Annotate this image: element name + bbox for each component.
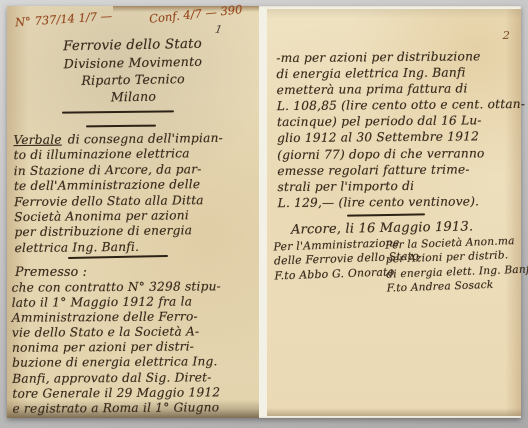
text-line: L. 129,— (lire cento ventinove). xyxy=(278,193,526,211)
text-line: nonima per azioni per distri- xyxy=(12,340,222,357)
premesso-heading: Premesso : xyxy=(15,264,87,279)
page-number: 2 xyxy=(503,28,510,42)
text-line: di consegna dell'impian- xyxy=(68,131,223,147)
text-line: te dell'Amministrazione delle xyxy=(14,177,224,195)
letterhead-line: Milano xyxy=(7,86,259,107)
premesso-paragraph: che con contratto N° 3298 stipu- lato il… xyxy=(12,279,222,416)
verbale-title-word: Verbale xyxy=(13,133,61,148)
left-page: N° 737/14 1/7 — Conf. 4/7 — 390 1 Ferrov… xyxy=(7,6,259,418)
verbale-paragraph: Verbaledi consegna dell'impian- to di il… xyxy=(13,131,224,256)
conf-annotation: Conf. 4/7 — 390 xyxy=(149,2,244,26)
header-rule-long xyxy=(62,110,174,113)
text-line: L. 108,85 (lire cento otto e cent. ottan… xyxy=(277,96,525,114)
closing-rule xyxy=(347,213,425,216)
scan-frame: N° 737/14 1/7 — Conf. 4/7 — 390 1 Ferrov… xyxy=(0,0,528,428)
header-rule-short xyxy=(86,125,156,128)
letterhead: Ferrovie dello Stato Divisione Movimento… xyxy=(6,35,259,107)
dateline: Arcore, li 16 Maggio 1913. xyxy=(291,219,473,237)
document-scan: N° 737/14 1/7 — Conf. 4/7 — 390 1 Ferrov… xyxy=(7,6,521,418)
text-line: vie dello Stato e la Società A- xyxy=(12,325,222,342)
text-line: tore Generale il 29 Maggio 1912 xyxy=(12,385,222,402)
signature-company: Per la Società Anon.ma per Azioni per di… xyxy=(385,233,528,295)
pencil-page-number: 1 xyxy=(214,22,223,36)
registry-annotation: N° 737/14 1/7 — xyxy=(15,9,113,30)
text-line: lato il 1° Maggio 1912 fra la xyxy=(12,294,222,311)
text-line: buzione di energia elettrica Ing. xyxy=(12,355,222,372)
text-line: Verbaledi consegna dell'impian- xyxy=(13,131,223,149)
body-paragraph: -ma per azioni per distribuzione di ener… xyxy=(276,48,526,211)
text-line: Ferrovie dello Stato alla Ditta xyxy=(14,193,224,211)
text-line: che con contratto N° 3298 stipu- xyxy=(12,279,222,296)
text-line: e registrato a Roma il 1° Giugno xyxy=(12,400,222,417)
text-line: Banfi, approvato dal Sig. Diret- xyxy=(12,370,222,387)
right-page: 2 -ma per azioni per distribuzione di en… xyxy=(267,9,521,416)
text-line: elettrica Ing. Banfi. xyxy=(14,239,224,257)
